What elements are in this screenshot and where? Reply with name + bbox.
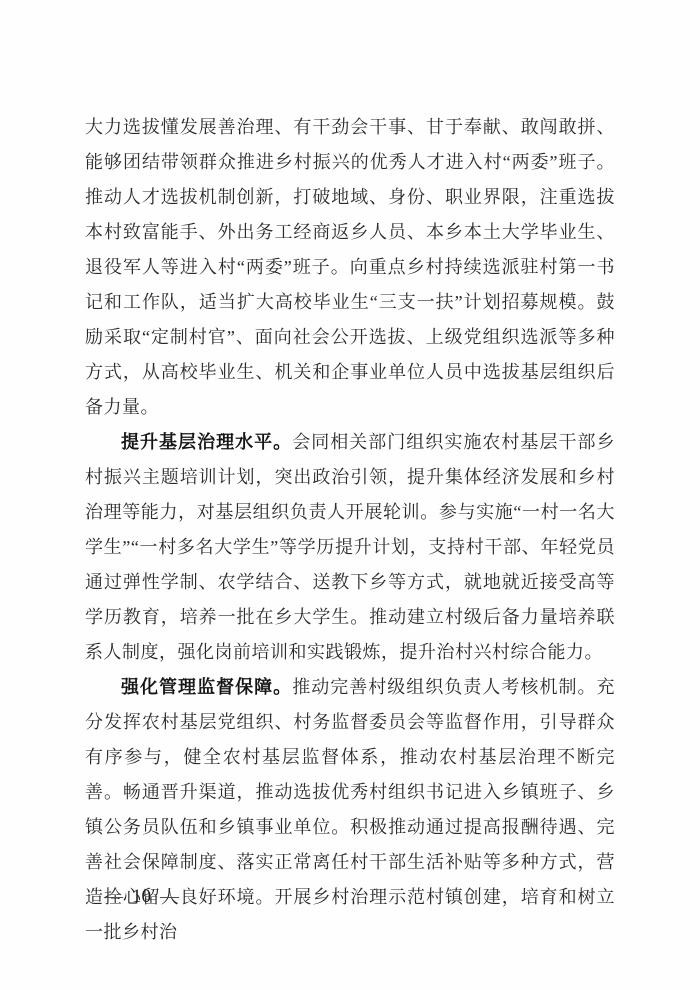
paragraph: 强化管理监督保障。推动完善村级组织负责人考核机制。充分发挥农村基层党组织、村务监… <box>85 670 615 950</box>
page-number: 10 <box>132 886 151 908</box>
paragraph-lead: 强化管理监督保障。 <box>121 677 292 697</box>
paragraph: 大力选拔懂发展善治理、有干劲会干事、甘于奉献、敢闯敢拼、能够团结带领群众推进乡村… <box>85 110 615 425</box>
paragraph-text: 大力选拔懂发展善治理、有干劲会干事、甘于奉献、敢闯敢拼、能够团结带领群众推进乡村… <box>85 117 615 417</box>
page-footer: — 10 — <box>104 886 179 908</box>
paragraph-text: 会同相关部门组织实施农村基层干部乡村振兴主题培训计划，突出政治引领，提升集体经济… <box>85 432 615 662</box>
footer-dash-right: — <box>160 886 179 908</box>
document-page: 大力选拔懂发展善治理、有干劲会干事、甘于奉献、敢闯敢拼、能够团结带领群众推进乡村… <box>0 0 700 990</box>
paragraph-lead: 提升基层治理水平。 <box>121 432 292 452</box>
footer-dash-left: — <box>104 886 123 908</box>
document-body: 大力选拔懂发展善治理、有干劲会干事、甘于奉献、敢闯敢拼、能够团结带领群众推进乡村… <box>85 110 615 950</box>
paragraph: 提升基层治理水平。会同相关部门组织实施农村基层干部乡村振兴主题培训计划，突出政治… <box>85 425 615 670</box>
